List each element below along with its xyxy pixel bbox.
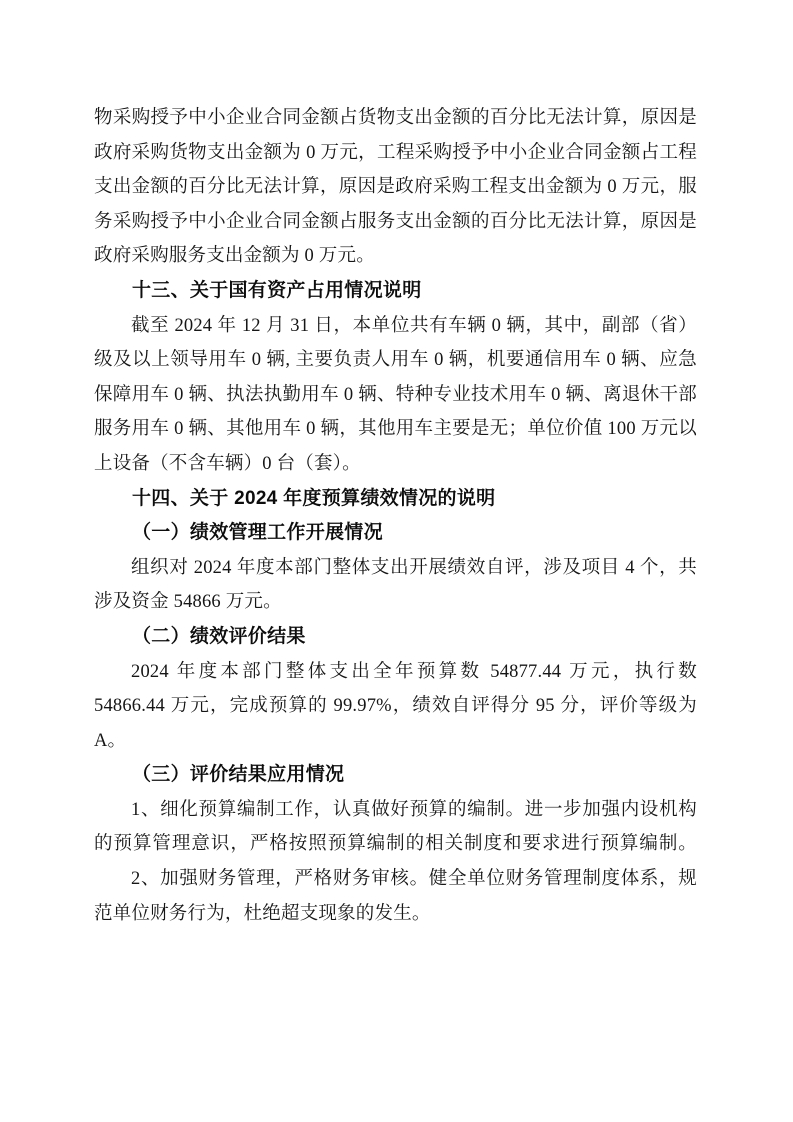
- section-heading: 十四、关于 2024 年度预算绩效情况的说明: [94, 482, 697, 517]
- text-line: 54866.44 万元，完成预算的 99.97%，绩效自评得分 95 分，评价等…: [94, 689, 697, 724]
- text-line: 政府采购货物支出金额为 0 万元，工程采购授予中小企业合同金额占工程: [94, 136, 697, 171]
- text-line: 截至 2024 年 12 月 31 日，本单位共有车辆 0 辆，其中，副部（省）: [94, 309, 697, 344]
- text-line: 支出金额的百分比无法计算，原因是政府采购工程支出金额为 0 万元，服: [94, 170, 697, 205]
- text-line: 组织对 2024 年度本部门整体支出开展绩效自评，涉及项目 4 个，共: [94, 551, 697, 586]
- text-line: 政府采购服务支出金额为 0 万元。: [94, 239, 697, 274]
- text-line: 物采购授予中小企业合同金额占货物支出金额的百分比无法计算，原因是: [94, 101, 697, 136]
- document-page: 物采购授予中小企业合同金额占货物支出金额的百分比无法计算，原因是 政府采购货物支…: [0, 0, 793, 1122]
- text-line: 服务用车 0 辆、其他用车 0 辆，其他用车主要是无；单位价值 100 万元以: [94, 412, 697, 447]
- text-line: 务采购授予中小企业合同金额占服务支出金额的百分比无法计算，原因是: [94, 205, 697, 240]
- text-line: 1、细化预算编制工作，认真做好预算的编制。进一步加强内设机构: [94, 793, 697, 828]
- text-line: 涉及资金 54866 万元。: [94, 585, 697, 620]
- text-line: 保障用车 0 辆、执法执勤用车 0 辆、特种专业技术用车 0 辆、离退休干部: [94, 378, 697, 413]
- text-line: 的预算管理意识，严格按照预算编制的相关制度和要求进行预算编制。: [94, 827, 697, 862]
- section-heading: 十三、关于国有资产占用情况说明: [94, 274, 697, 309]
- text-line: A。: [94, 724, 697, 759]
- subsection-heading: （三）评价结果应用情况: [94, 758, 697, 793]
- subsection-heading: （一）绩效管理工作开展情况: [94, 516, 697, 551]
- subsection-heading: （二）绩效评价结果: [94, 620, 697, 655]
- text-line: 上设备（不含车辆）0 台（套）。: [94, 447, 697, 482]
- text-line: 2024 年度本部门整体支出全年预算数 54877.44 万元，执行数: [94, 655, 697, 690]
- text-line: 级及以上领导用车 0 辆, 主要负责人用车 0 辆，机要通信用车 0 辆、应急: [94, 343, 697, 378]
- text-line: 2、加强财务管理，严格财务审核。健全单位财务管理制度体系，规: [94, 862, 697, 897]
- text-line: 范单位财务行为，杜绝超支现象的发生。: [94, 897, 697, 932]
